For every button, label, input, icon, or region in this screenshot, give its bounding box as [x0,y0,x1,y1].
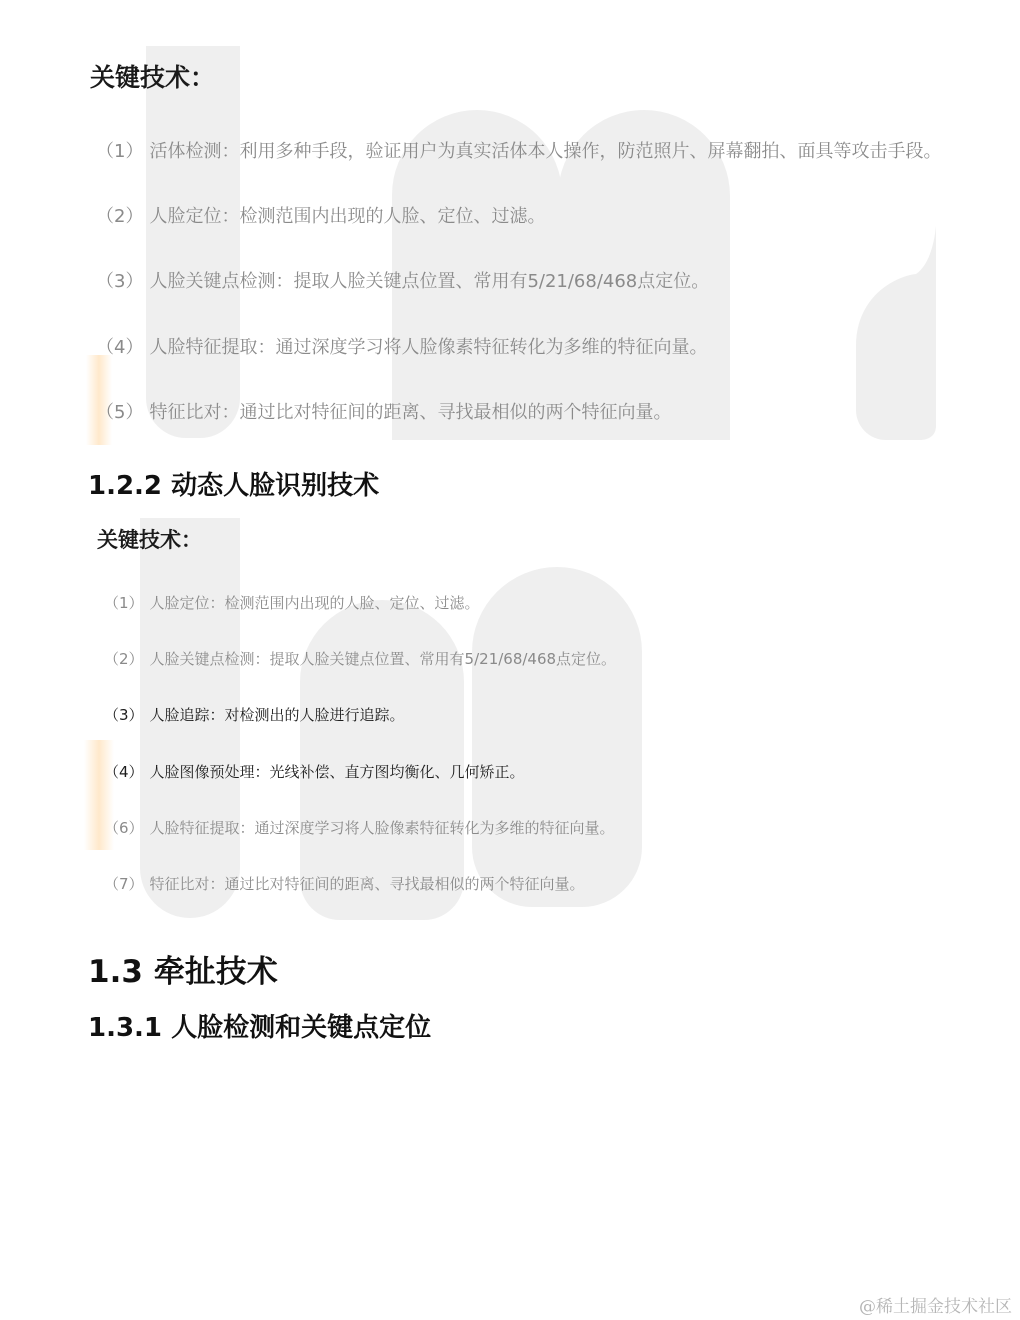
item-text: 人脸定位：检测范围内出现的人脸、定位、过滤。 [149,206,545,227]
item-text: 人脸图像预处理：光线补偿、直方图均衡化、几何矫正。 [150,763,525,781]
list-item: （1）人脸定位：检测范围内出现的人脸、定位、过滤。 [104,592,480,613]
item-text: 人脸特征提取：通过深度学习将人脸像素特征转化为多维的特征向量。 [149,337,707,358]
list-item: （2）人脸关键点检测：提取人脸关键点位置、常用有5/21/68/468点定位。 [104,648,616,669]
item-text: 人脸定位：检测范围内出现的人脸、定位、过滤。 [150,594,480,612]
item-text: 特征比对：通过比对特征间的距离、寻找最相似的两个特征向量。 [150,875,585,893]
section-heading-1-3-1: 1.3.1 人脸检测和关键点定位 [88,1007,431,1044]
item-text: 活体检测：利用多种手段，验证用户为真实活体本人操作，防范照片、屏幕翻拍、面具等攻… [149,141,941,162]
item-number: （3） [104,706,144,724]
item-number: （2） [104,650,144,668]
item-text: 人脸追踪：对检测出的人脸进行追踪。 [150,706,405,724]
item-text: 人脸关键点检测：提取人脸关键点位置、常用有5/21/68/468点定位。 [149,271,709,292]
key-tech-label: 关键技术： [97,524,202,554]
item-number: （1） [96,141,143,162]
key-tech-label: 关键技术： [90,58,215,94]
item-number: （1） [104,594,144,612]
item-number: （6） [104,819,144,837]
item-number: （3） [96,271,143,292]
section-heading-1-3: 1.3 牵扯技术 [88,946,278,991]
watermark-shape-leaf [856,226,936,440]
item-number: （5） [96,402,143,423]
item-text: 人脸特征提取：通过深度学习将人脸像素特征转化为多维的特征向量。 [150,819,615,837]
list-item: （4）人脸特征提取：通过深度学习将人脸像素特征转化为多维的特征向量。 [96,333,707,359]
list-item: （6）人脸特征提取：通过深度学习将人脸像素特征转化为多维的特征向量。 [104,817,615,838]
list-item: （4）人脸图像预处理：光线补偿、直方图均衡化、几何矫正。 [104,761,525,782]
item-number: （7） [104,875,144,893]
watermark-shape-bar [146,46,240,438]
item-text: 人脸关键点检测：提取人脸关键点位置、常用有5/21/68/468点定位。 [150,650,617,668]
source-watermark: @稀土掘金技术社区 [859,1292,1012,1317]
list-item: （2）人脸定位：检测范围内出现的人脸、定位、过滤。 [96,202,545,228]
list-item: （5）特征比对：通过比对特征间的距离、寻找最相似的两个特征向量。 [96,398,671,424]
item-text: 特征比对：通过比对特征间的距离、寻找最相似的两个特征向量。 [149,402,671,423]
list-item: （7）特征比对：通过比对特征间的距离、寻找最相似的两个特征向量。 [104,873,585,894]
watermark-shape-pill [472,567,642,907]
list-item: （1）活体检测：利用多种手段，验证用户为真实活体本人操作，防范照片、屏幕翻拍、面… [96,137,941,163]
section-heading-1-2-2: 1.2.2 动态人脸识别技术 [88,465,379,502]
item-number: （4） [96,337,143,358]
list-item: （3）人脸追踪：对检测出的人脸进行追踪。 [104,704,405,725]
item-number: （2） [96,206,143,227]
list-item: （3）人脸关键点检测：提取人脸关键点位置、常用有5/21/68/468点定位。 [96,267,709,293]
item-number: （4） [104,763,144,781]
